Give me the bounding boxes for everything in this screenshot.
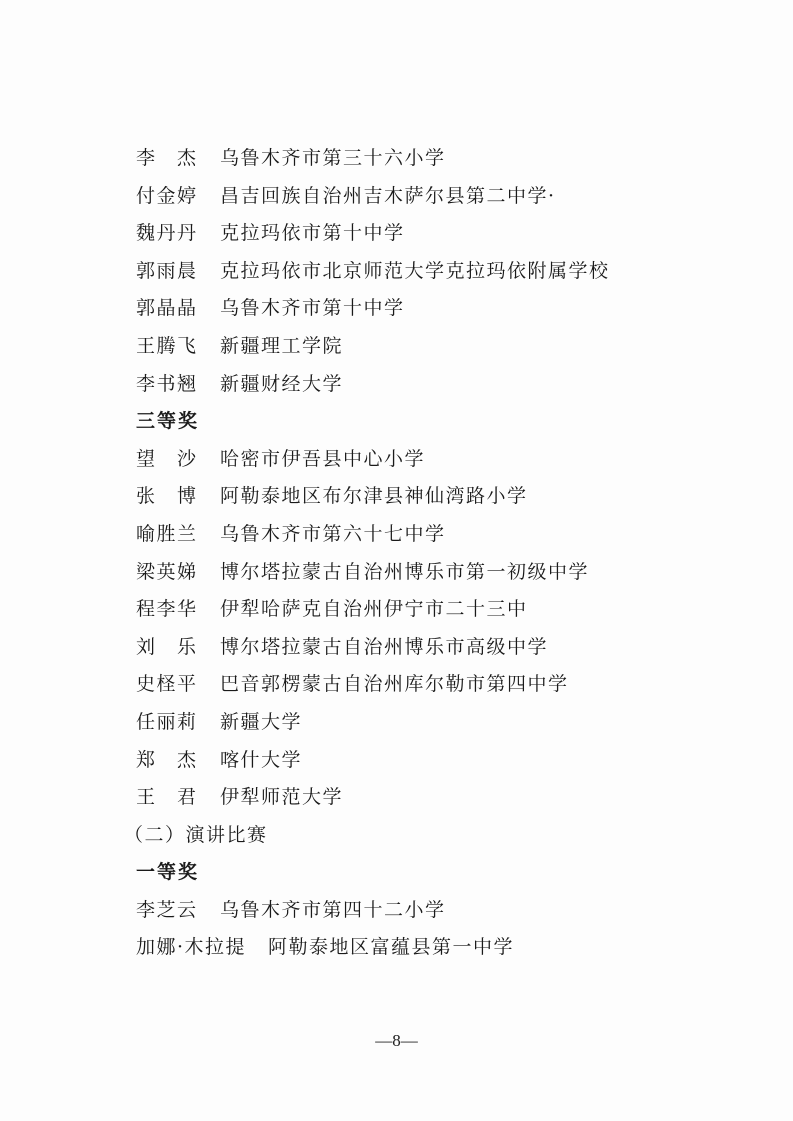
winner-name: 张 博 (136, 478, 220, 516)
list-item: 魏丹丹克拉玛依市第十中学 (136, 215, 696, 253)
page-number: —8— (0, 1031, 793, 1051)
list-item: 王腾飞新疆理工学院 (136, 328, 696, 366)
list-item: 任丽莉新疆大学 (136, 704, 696, 742)
winner-school: 喀什大学 (220, 742, 302, 780)
winner-school: 伊犁师范大学 (220, 779, 343, 817)
winner-school: 乌鲁木齐市第六十七中学 (220, 516, 446, 554)
document-page: 李 杰乌鲁木齐市第三十六小学 付金婷昌吉回族自治州吉木萨尔县第二中学· 魏丹丹克… (0, 0, 793, 1121)
winner-school: 博尔塔拉蒙古自治州博乐市第一初级中学 (220, 554, 589, 592)
winner-name: 魏丹丹 (136, 215, 220, 253)
list-item: 加娜·木拉提阿勒泰地区富蕴县第一中学 (136, 929, 696, 967)
winner-name: 郭雨晨 (136, 253, 220, 291)
list-item: 郑 杰喀什大学 (136, 742, 696, 780)
list-item: 付金婷昌吉回族自治州吉木萨尔县第二中学· (136, 178, 696, 216)
winner-school: 阿勒泰地区布尔津县神仙湾路小学 (220, 478, 528, 516)
winner-name: 王腾飞 (136, 328, 220, 366)
winner-school: 乌鲁木齐市第四十二小学 (220, 892, 446, 930)
winner-name: 喻胜兰 (136, 516, 220, 554)
winner-school: 克拉玛依市北京师范大学克拉玛依附属学校 (220, 253, 610, 291)
winner-school: 新疆大学 (220, 704, 302, 742)
winner-school: 新疆理工学院 (220, 328, 343, 366)
list-item: 喻胜兰乌鲁木齐市第六十七中学 (136, 516, 696, 554)
list-item: 望 沙哈密市伊吾县中心小学 (136, 441, 696, 479)
winner-name: 刘 乐 (136, 629, 220, 667)
winner-school: 新疆财经大学 (220, 366, 343, 404)
award-list: 李 杰乌鲁木齐市第三十六小学 付金婷昌吉回族自治州吉木萨尔县第二中学· 魏丹丹克… (136, 140, 696, 967)
winner-school: 昌吉回族自治州吉木萨尔县第二中学· (220, 178, 556, 216)
winner-name: 史柽平 (136, 666, 220, 704)
winner-name: 梁英娣 (136, 554, 220, 592)
winner-name: 郭晶晶 (136, 290, 220, 328)
winner-school: 乌鲁木齐市第三十六小学 (220, 140, 446, 178)
list-item: 郭晶晶乌鲁木齐市第十中学 (136, 290, 696, 328)
first-prize-heading: 一等奖 (136, 854, 696, 892)
winner-name: 郑 杰 (136, 742, 220, 780)
list-item: 李芝云乌鲁木齐市第四十二小学 (136, 892, 696, 930)
winner-name: 王 君 (136, 779, 220, 817)
winner-name: 李 杰 (136, 140, 220, 178)
winner-school: 哈密市伊吾县中心小学 (220, 441, 425, 479)
winner-school: 乌鲁木齐市第十中学 (220, 290, 405, 328)
third-prize-heading: 三等奖 (136, 403, 696, 441)
list-item: 梁英娣博尔塔拉蒙古自治州博乐市第一初级中学 (136, 554, 696, 592)
winner-school: 阿勒泰地区富蕴县第一中学 (268, 929, 514, 967)
winner-school: 巴音郭楞蒙古自治州库尔勒市第四中学 (220, 666, 569, 704)
winner-name: 程李华 (136, 591, 220, 629)
list-item: 张 博阿勒泰地区布尔津县神仙湾路小学 (136, 478, 696, 516)
list-item: 刘 乐博尔塔拉蒙古自治州博乐市高级中学 (136, 629, 696, 667)
list-item: 王 君伊犁师范大学 (136, 779, 696, 817)
list-item: 李书翘新疆财经大学 (136, 366, 696, 404)
speech-contest-section-title: （二）演讲比赛 (124, 817, 696, 855)
winner-name: 付金婷 (136, 178, 220, 216)
list-item: 郭雨晨克拉玛依市北京师范大学克拉玛依附属学校 (136, 253, 696, 291)
winner-school: 克拉玛依市第十中学 (220, 215, 405, 253)
list-item: 李 杰乌鲁木齐市第三十六小学 (136, 140, 696, 178)
winner-name: 任丽莉 (136, 704, 220, 742)
winner-name: 李书翘 (136, 366, 220, 404)
winner-school: 博尔塔拉蒙古自治州博乐市高级中学 (220, 629, 548, 667)
winner-name: 加娜·木拉提 (136, 929, 246, 967)
winner-school: 伊犁哈萨克自治州伊宁市二十三中 (220, 591, 528, 629)
winner-name: 望 沙 (136, 441, 220, 479)
winner-name: 李芝云 (136, 892, 220, 930)
list-item: 程李华伊犁哈萨克自治州伊宁市二十三中 (136, 591, 696, 629)
list-item: 史柽平巴音郭楞蒙古自治州库尔勒市第四中学 (136, 666, 696, 704)
